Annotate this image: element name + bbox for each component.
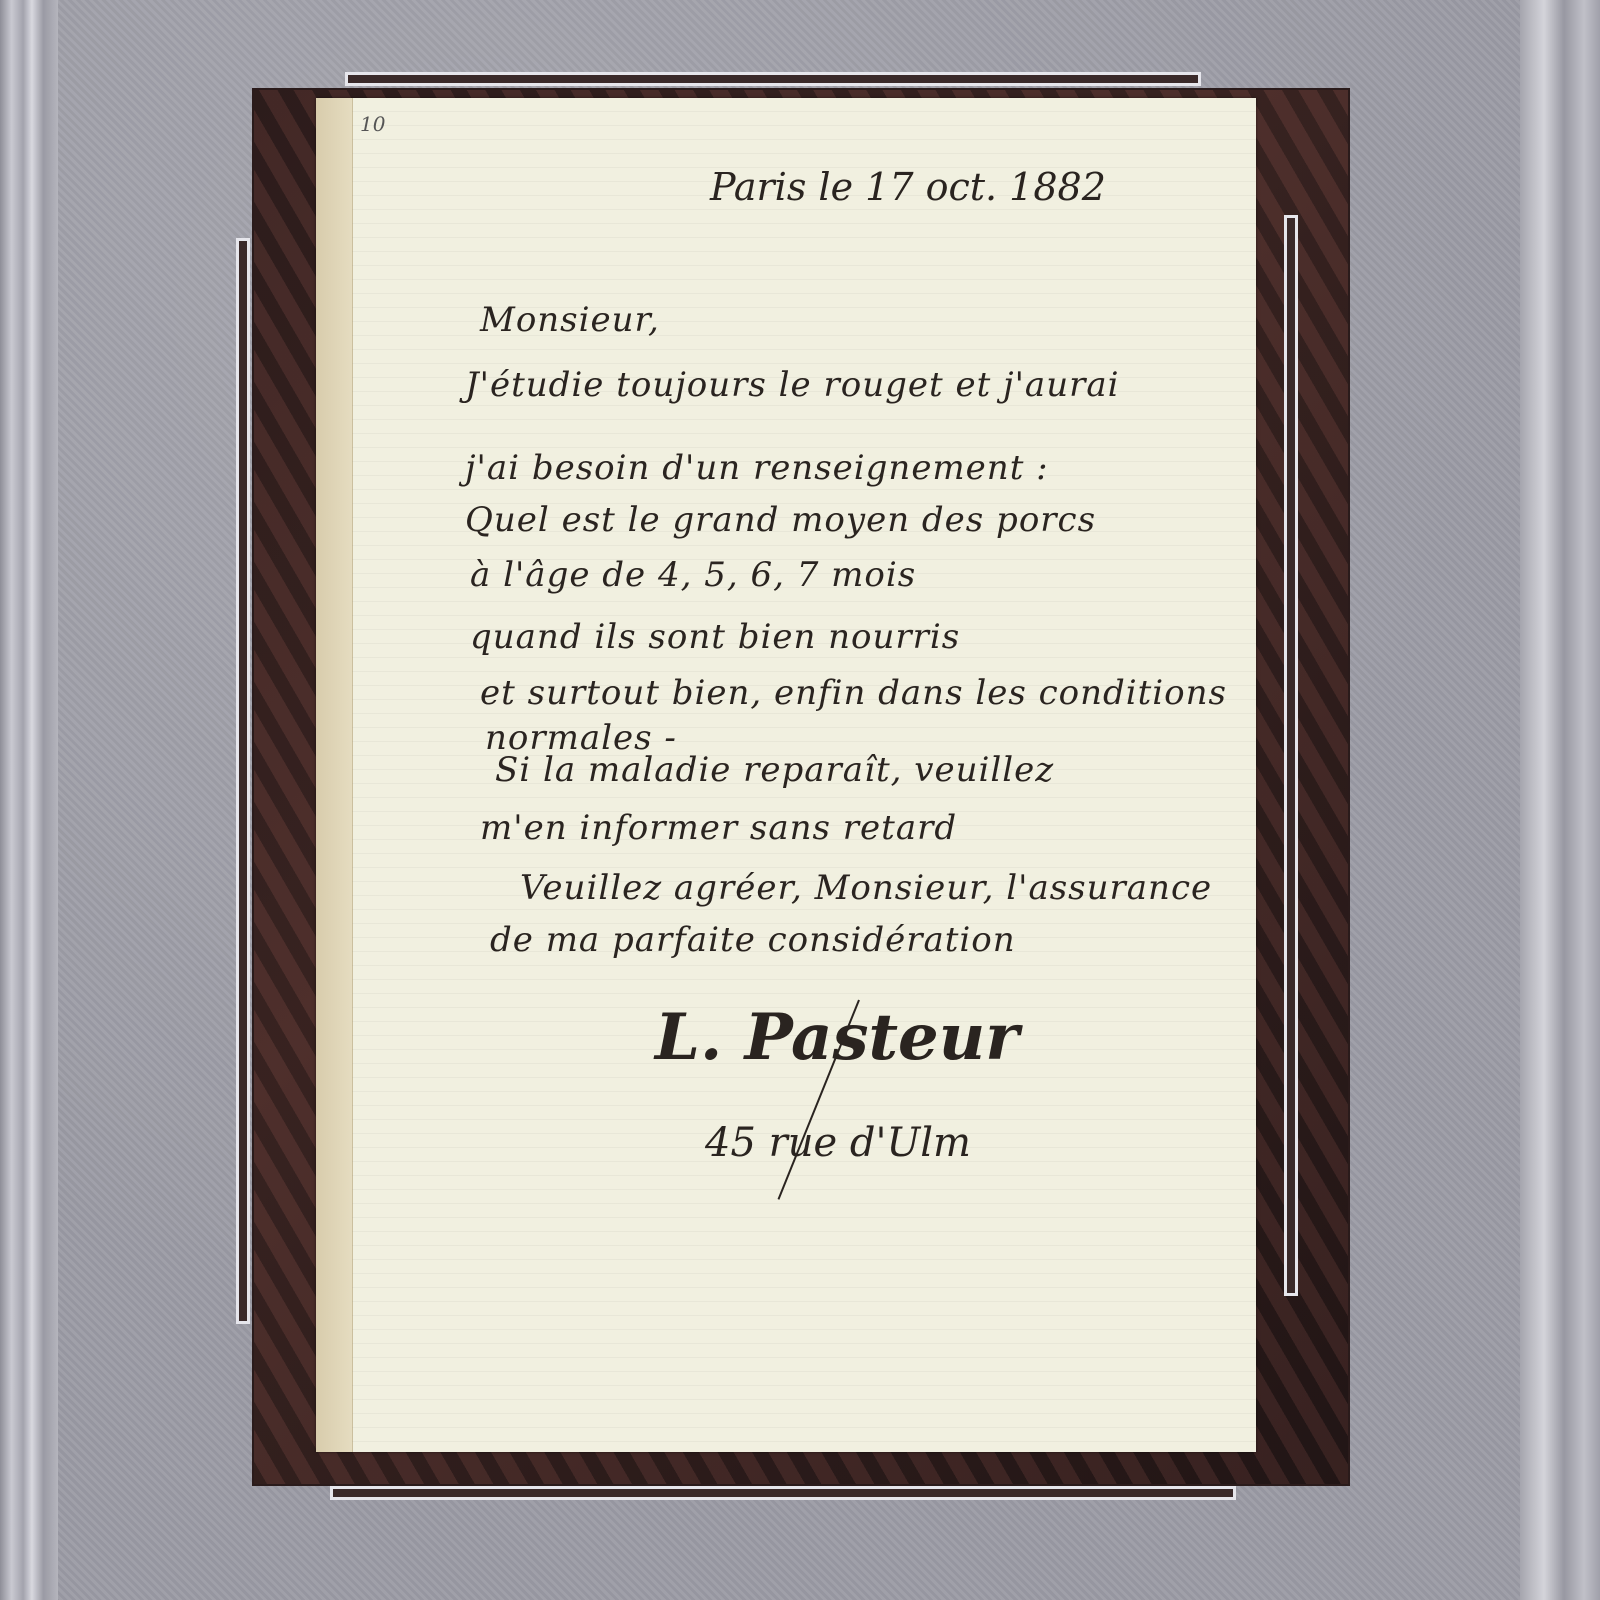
letter-line: m'en informer sans retard — [480, 808, 957, 848]
letter-line: à l'âge de 4, 5, 6, 7 mois — [470, 555, 916, 595]
letter-line: quand ils sont bien nourris — [470, 617, 960, 657]
address: 45 rue d'Ulm — [705, 1120, 971, 1166]
holder-clip-right — [1284, 215, 1298, 1296]
letter-line: Si la maladie reparaît, veuillez — [495, 750, 1054, 790]
letter-line: Veuillez agréer, Monsieur, l'assurance — [520, 868, 1212, 908]
paper-binding-stub — [316, 98, 353, 1452]
slab-right-edge — [1520, 0, 1600, 1600]
letter-line: J'étudie toujours le rouget et j'aurai — [465, 365, 1120, 405]
signature: L. Pasteur — [655, 1000, 1019, 1075]
salutation: Monsieur, — [480, 300, 660, 340]
holder-clip-top — [345, 72, 1201, 86]
letter-line: et surtout bien, enfin dans les conditio… — [480, 673, 1227, 713]
letter-line: de ma parfaite considération — [490, 920, 1016, 960]
holder-clip-bottom — [330, 1486, 1236, 1500]
holder-clip-left — [236, 238, 250, 1324]
slab-left-edge — [0, 0, 58, 1600]
letter-line: j'ai besoin d'un renseignement : — [465, 448, 1049, 488]
dateline: Paris le 17 oct. 1882 — [710, 165, 1106, 209]
corner-mark: 10 — [360, 112, 385, 136]
letter-line: Quel est le grand moyen des porcs — [465, 500, 1096, 540]
